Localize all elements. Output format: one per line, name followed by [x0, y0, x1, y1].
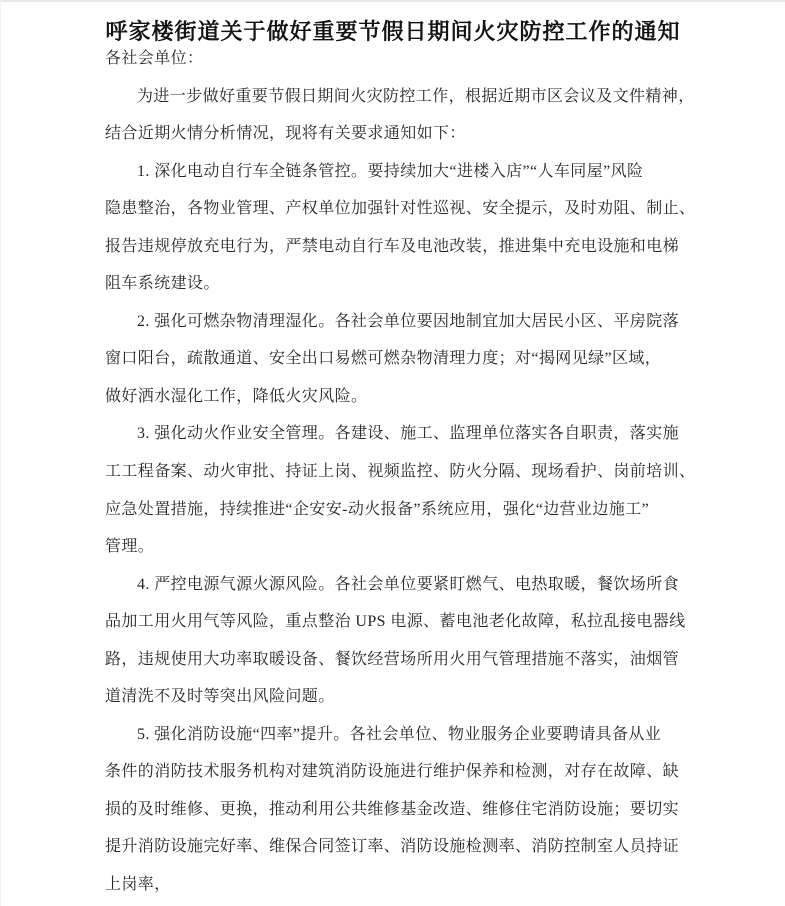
text-line: 管理。	[105, 528, 683, 566]
text-line: 窗口阳台，疏散通道、安全出口易燃可燃杂物清理力度；对“揭网见绿”区域，	[105, 340, 683, 378]
text-line: 损的及时维修、更换，推动利用公共维修基金改造、维修住宅消防设施；要切实	[105, 791, 683, 829]
text-line: 路，违规使用大功率取暖设备、餐饮经营场所用火用气管理措施不落实，油烟管	[105, 641, 683, 679]
text-line: 道清洗不及时等突出风险问题。	[105, 678, 683, 716]
text-line: 上岗率，	[105, 866, 683, 904]
text-line: 做好洒水湿化工作，降低火灾风险。	[105, 378, 683, 416]
text-line-item-4: 4. 严控电源气源火源风险。各社会单位要紧盯燃气、电热取暖，餐饮场所食	[105, 566, 683, 604]
document-page: 呼家楼街道关于做好重要节假日期间火灾防控工作的通知 各社会单位： 为进一步做好重…	[0, 0, 785, 906]
text-line: 结合近期火情分析情况，现将有关要求通知如下：	[105, 115, 683, 153]
text-line-item-5: 5. 强化消防设施“四率”提升。各社会单位、物业服务企业要聘请具备从业	[105, 716, 683, 754]
text-line: 条件的消防技术服务机构对建筑消防设施进行维护保养和检测，对存在故障、缺	[105, 753, 683, 791]
text-line: 阻车系统建设。	[105, 265, 683, 303]
text-line: 报告违规停放充电行为，严禁电动自行车及电池改装，推进集中充电设施和电梯	[105, 228, 683, 266]
text-line: 隐患整治，各物业管理、产权单位加强针对性巡视、安全提示，及时劝阻、制止、	[105, 190, 683, 228]
text-line: 工工程备案、动火审批、持证上岗、视频监控、防火分隔、现场看护、岗前培训、	[105, 453, 683, 491]
text-line: 品加工用火用气等风险，重点整治 UPS 电源、蓄电池老化故障，私拉乱接电器线	[105, 603, 683, 641]
text-line-item-3: 3. 强化动火作业安全管理。各建设、施工、监理单位落实各自职责，落实施	[105, 415, 683, 453]
text-line-salutation: 各社会单位：	[105, 40, 683, 78]
text-line-item-2: 2. 强化可燃杂物清理湿化。各社会单位要因地制宜加大居民小区、平房院落	[105, 303, 683, 341]
text-line: 应急处置措施，持续推进“企安安-动火报备”系统应用，强化“边营业边施工”	[105, 491, 683, 529]
text-line: 为进一步做好重要节假日期间火灾防控工作，根据近期市区会议及文件精神，	[105, 78, 683, 116]
text-line: 提升消防设施完好率、维保合同签订率、消防设施检测率、消防控制室人员持证	[105, 828, 683, 866]
document-body: 各社会单位： 为进一步做好重要节假日期间火灾防控工作，根据近期市区会议及文件精神…	[105, 40, 683, 904]
text-line-item-1: 1. 深化电动自行车全链条管控。要持续加大“进楼入店”“人车同屋”风险	[105, 153, 683, 191]
